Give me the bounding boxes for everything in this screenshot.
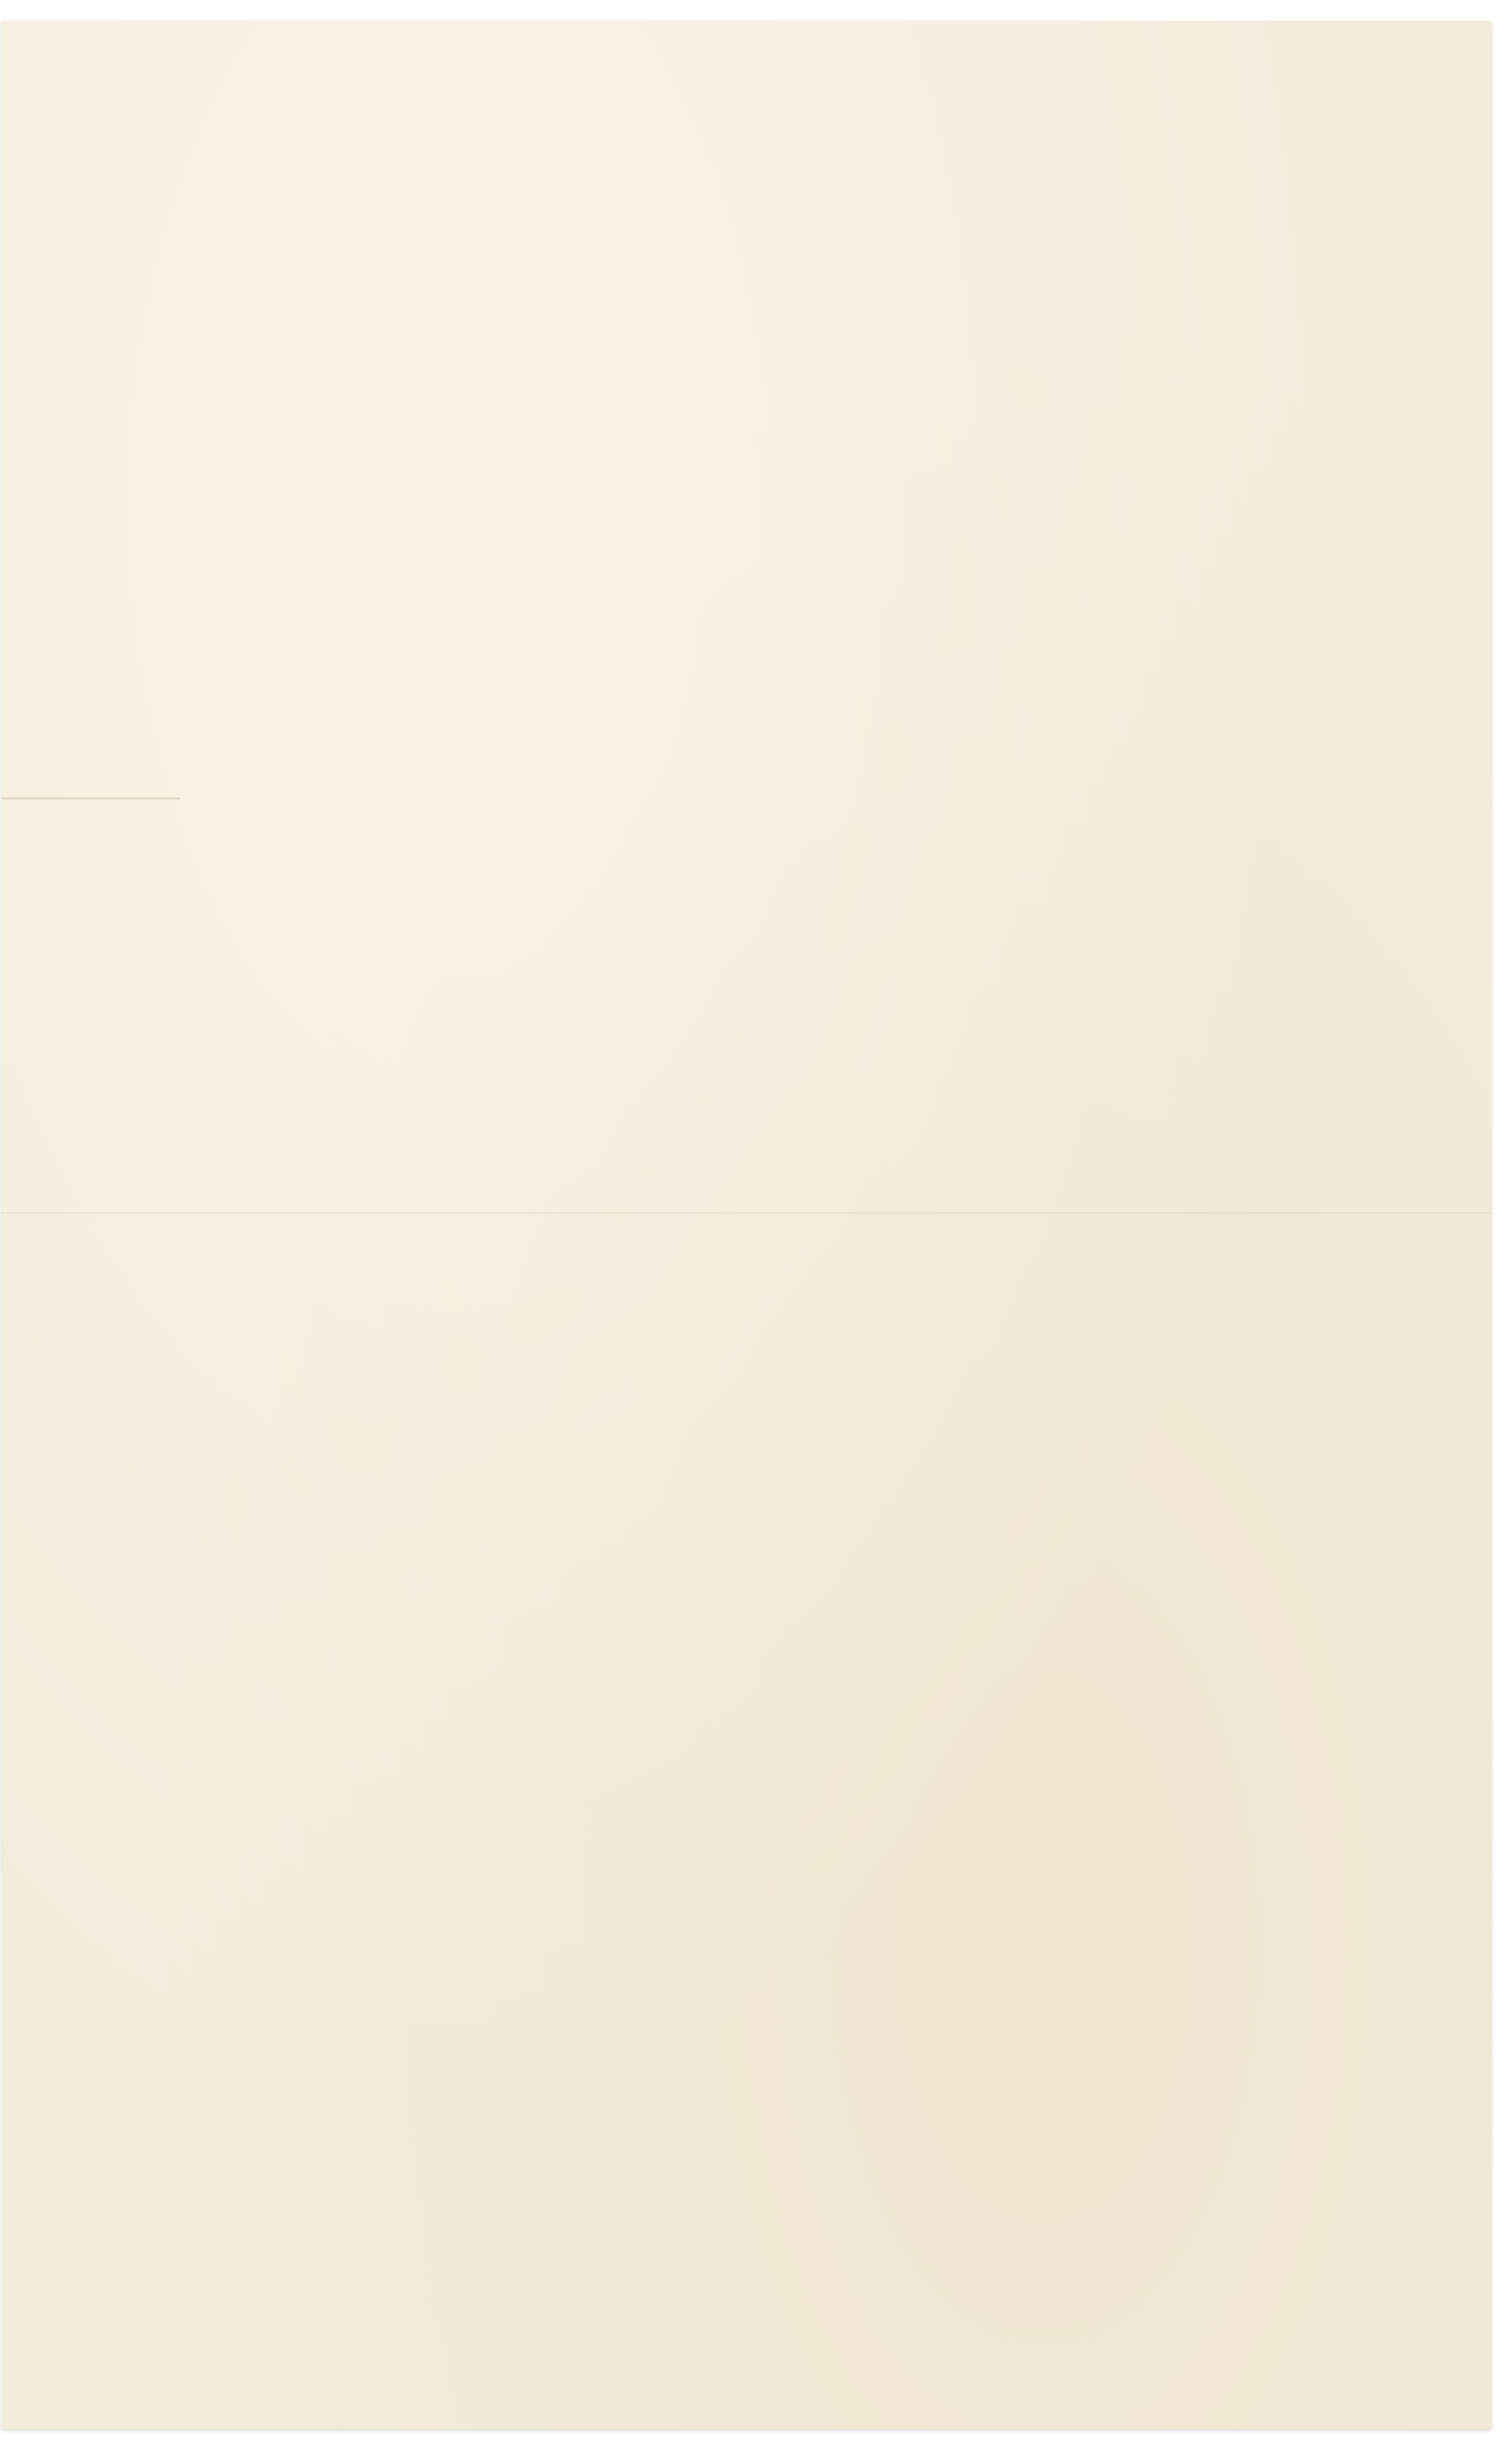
paper-fold-crease: [2, 1212, 1491, 1214]
paper-fold-crease-left: [2, 797, 180, 800]
letter-page: [2, 21, 1491, 2429]
